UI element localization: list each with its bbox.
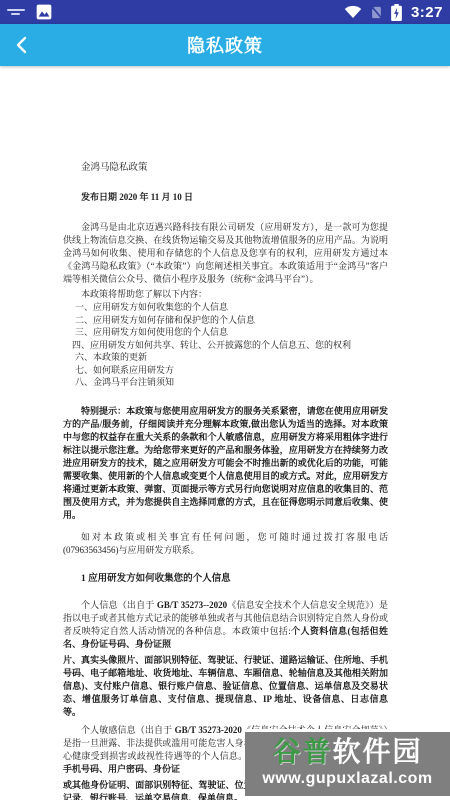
publish-date: 发布日期 2020 年 11 月 10 日 (63, 191, 388, 204)
notification-icon (7, 6, 29, 18)
ps-seg-4: 手机号码、用户密码、身份证 (63, 764, 180, 774)
ps-standard-ref: GB/T 35273-2020 (175, 725, 242, 735)
intro-paragraph: 金鸿马是由北京迈遇兴路科技有限公司研发（应用研发方），是一款可为您提供线上物流信… (63, 221, 388, 286)
battery-charging-icon (391, 4, 402, 21)
status-bar-left (7, 4, 52, 20)
toc-item-2: 二、应用研发方如何存储和保护您的个人信息 (75, 315, 388, 327)
wifi-icon (344, 5, 362, 19)
status-bar: 3:27 (0, 0, 450, 24)
chevron-left-icon (13, 34, 31, 56)
site-watermark: 谷普软件园 www.gupuxlazal.com (245, 729, 450, 796)
status-bar-right: 3:27 (344, 4, 443, 21)
page-title: 隐私政策 (0, 32, 450, 58)
toc-item-8: 八、金鸿马平台注销须知 (75, 377, 388, 389)
toc-item-6: 六、本政策的更新 (75, 352, 388, 364)
special-notice-paragraph: 特别提示：本政策与您使用应用研发方的服务关系紧密，请您在使用应用研发方的产品/服… (63, 405, 388, 522)
toc-item-3: 三、应用研发方如何使用您的个人信息 (75, 327, 388, 339)
phone-screen: 3:27 隐私政策 金鸿马隐私政策 发布日期 2020 年 11 月 10 日 … (0, 0, 450, 800)
contact-paragraph: 如对本政策或相关事宜有任何问题，您可随时通过拨打客服电话(07963563456… (63, 531, 388, 557)
toc-item-7: 七、如何联系应用研发方 (75, 365, 388, 377)
document-title: 金鸿马隐私政策 (63, 162, 388, 175)
pi-seg-1: 个人信息（出自于 (81, 600, 157, 610)
watermark-name-white: 软件园 (333, 736, 423, 767)
back-button[interactable] (0, 24, 44, 66)
pi-standard-ref: GB/T 35273--2020 (157, 600, 227, 610)
app-bar: 隐私政策 (0, 24, 450, 66)
watermark-site-name: 谷普软件园 (245, 735, 450, 769)
toc-heading: 本政策将帮助您了解以下内容： (63, 288, 388, 301)
toc-item-4-5: 四、应用研发方如何共享、转让、公开披露您的个人信息五、您的权利 (63, 340, 388, 352)
watermark-name-green: 谷普 (272, 736, 332, 767)
no-sim-icon (369, 5, 384, 20)
privacy-policy-document[interactable]: 金鸿马隐私政策 发布日期 2020 年 11 月 10 日 金鸿马是由北京迈遇兴… (0, 66, 450, 800)
personal-info-continuation: 片、真实头像照片、面部识别特征、驾驶证、行驶证、道路运输证、住所地、手机号码、电… (63, 654, 388, 719)
clock: 3:27 (411, 4, 443, 21)
toc-item-1: 一、应用研发方如何收集您的个人信息 (75, 302, 388, 314)
gallery-icon (36, 4, 52, 20)
ps-seg-1: 个人敏感信息（出自于 (81, 725, 175, 735)
personal-info-paragraph: 个人信息（出自于 GB/T 35273--2020《信息安全技术个人信息安全规范… (63, 599, 388, 651)
section-1-heading: 1 应用研发方如何收集您的个人信息 (63, 573, 388, 586)
watermark-url: www.gupuxlazal.com (245, 769, 450, 788)
